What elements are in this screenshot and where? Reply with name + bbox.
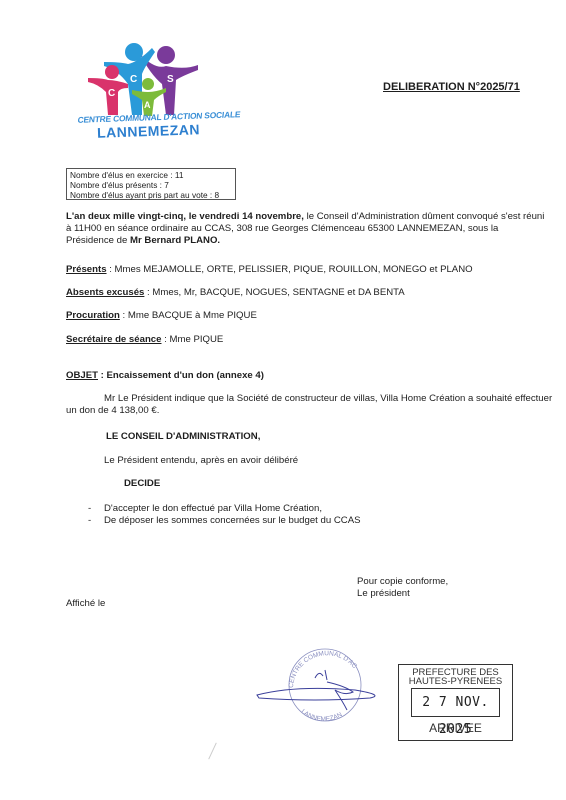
objet-value: : Encaissement d'un don (annexe 4)	[98, 370, 264, 381]
stat-voting: Nombre d'élus ayant pris part au vote : …	[70, 190, 232, 200]
svg-text:S: S	[167, 74, 174, 85]
svg-text:C: C	[130, 74, 137, 85]
objet-line: OBJET : Encaissement d'un don (annexe 4)	[66, 370, 264, 382]
affiche-label: Affiché le	[66, 598, 105, 610]
prefecture-stamp: PREFECTURE DES HAUTES-PYRENEES 2 7 NOV. …	[398, 664, 513, 741]
procuration-line: Procuration : Mme BACQUE à Mme PIQUE	[66, 310, 257, 322]
presents-line: Présents : Mmes MEJAMOLLE, ORTE, PELISSI…	[66, 264, 473, 276]
bullet: -	[88, 515, 91, 527]
decide-heading: DECIDE	[124, 478, 160, 490]
intro-line1: le Conseil d'Administration dûment convo…	[304, 211, 544, 222]
intro-line2: à 11H00 en séance ordinaire au CCAS, 308…	[66, 223, 544, 235]
deliberation-title: DELIBERATION N°2025/71	[383, 81, 520, 93]
secretaire-line: Secrétaire de séance : Mme PIQUE	[66, 334, 223, 346]
stat-in-office: Nombre d'élus en exercice : 11	[70, 170, 232, 180]
svg-text:CENTRE COMMUNAL D'ACTION SOCIA: CENTRE COMMUNAL D'ACTION SOCIALE	[255, 640, 358, 688]
bullet: -	[88, 503, 91, 515]
procuration-value: : Mme BACQUE à Mme PIQUE	[120, 310, 257, 321]
intro-paragraph: L'an deux mille vingt-cinq, le vendredi …	[66, 211, 544, 247]
elected-count-box: Nombre d'élus en exercice : 11 Nombre d'…	[66, 168, 236, 200]
secretaire-label: Secrétaire de séance	[66, 334, 161, 345]
svg-text:A: A	[144, 100, 151, 110]
svg-text:LANNEMEZAN: LANNEMEZAN	[300, 708, 344, 723]
intro-date: L'an deux mille vingt-cinq, le vendredi …	[66, 211, 304, 222]
president-label: Le président	[357, 588, 410, 600]
copie-conforme: Pour copie conforme,	[357, 576, 448, 588]
absents-line: Absents excusés : Mmes, Mr, BACQUE, NOGU…	[66, 287, 405, 299]
seal-signature-icon: CENTRE COMMUNAL D'ACTION SOCIALE LANNEME…	[255, 640, 385, 730]
absents-value: : Mmes, Mr, BACQUE, NOGUES, SENTAGNE et …	[144, 287, 404, 298]
decision-item: De déposer les sommes concernées sur le …	[104, 515, 361, 527]
stamp-line2: HAUTES-PYRENEES	[399, 677, 512, 687]
president-name: Mr Bernard PLANO.	[130, 235, 220, 246]
absents-label: Absents excusés	[66, 287, 144, 298]
svg-text:C: C	[108, 88, 115, 99]
official-seal: CENTRE COMMUNAL D'ACTION SOCIALE LANNEME…	[255, 640, 375, 720]
stat-present: Nombre d'élus présents : 7	[70, 180, 232, 190]
body-line1: Mr Le Président indique que la Société d…	[104, 393, 552, 405]
intro-line3-prefix: Présidence de	[66, 235, 130, 246]
pen-mark	[208, 743, 217, 760]
procuration-label: Procuration	[66, 310, 120, 321]
objet-label: OBJET	[66, 370, 98, 381]
stamp-status: ARRIVEE	[399, 721, 512, 735]
body-line2: un don de 4 138,00 €.	[66, 405, 159, 417]
president-entendu: Le Président entendu, après en avoir dél…	[104, 455, 298, 467]
conseil-heading: LE CONSEIL D'ADMINISTRATION,	[106, 431, 260, 443]
presents-value: : Mmes MEJAMOLLE, ORTE, PELISSIER, PIQUE…	[107, 264, 473, 275]
family-figures-icon: C C S A	[70, 40, 230, 120]
presents-label: Présents	[66, 264, 107, 275]
decision-item: D'accepter le don effectué par Villa Hom…	[104, 503, 322, 515]
stamp-date: 2 7 NOV. 2025	[411, 688, 500, 717]
secretaire-value: : Mme PIQUE	[161, 334, 223, 345]
